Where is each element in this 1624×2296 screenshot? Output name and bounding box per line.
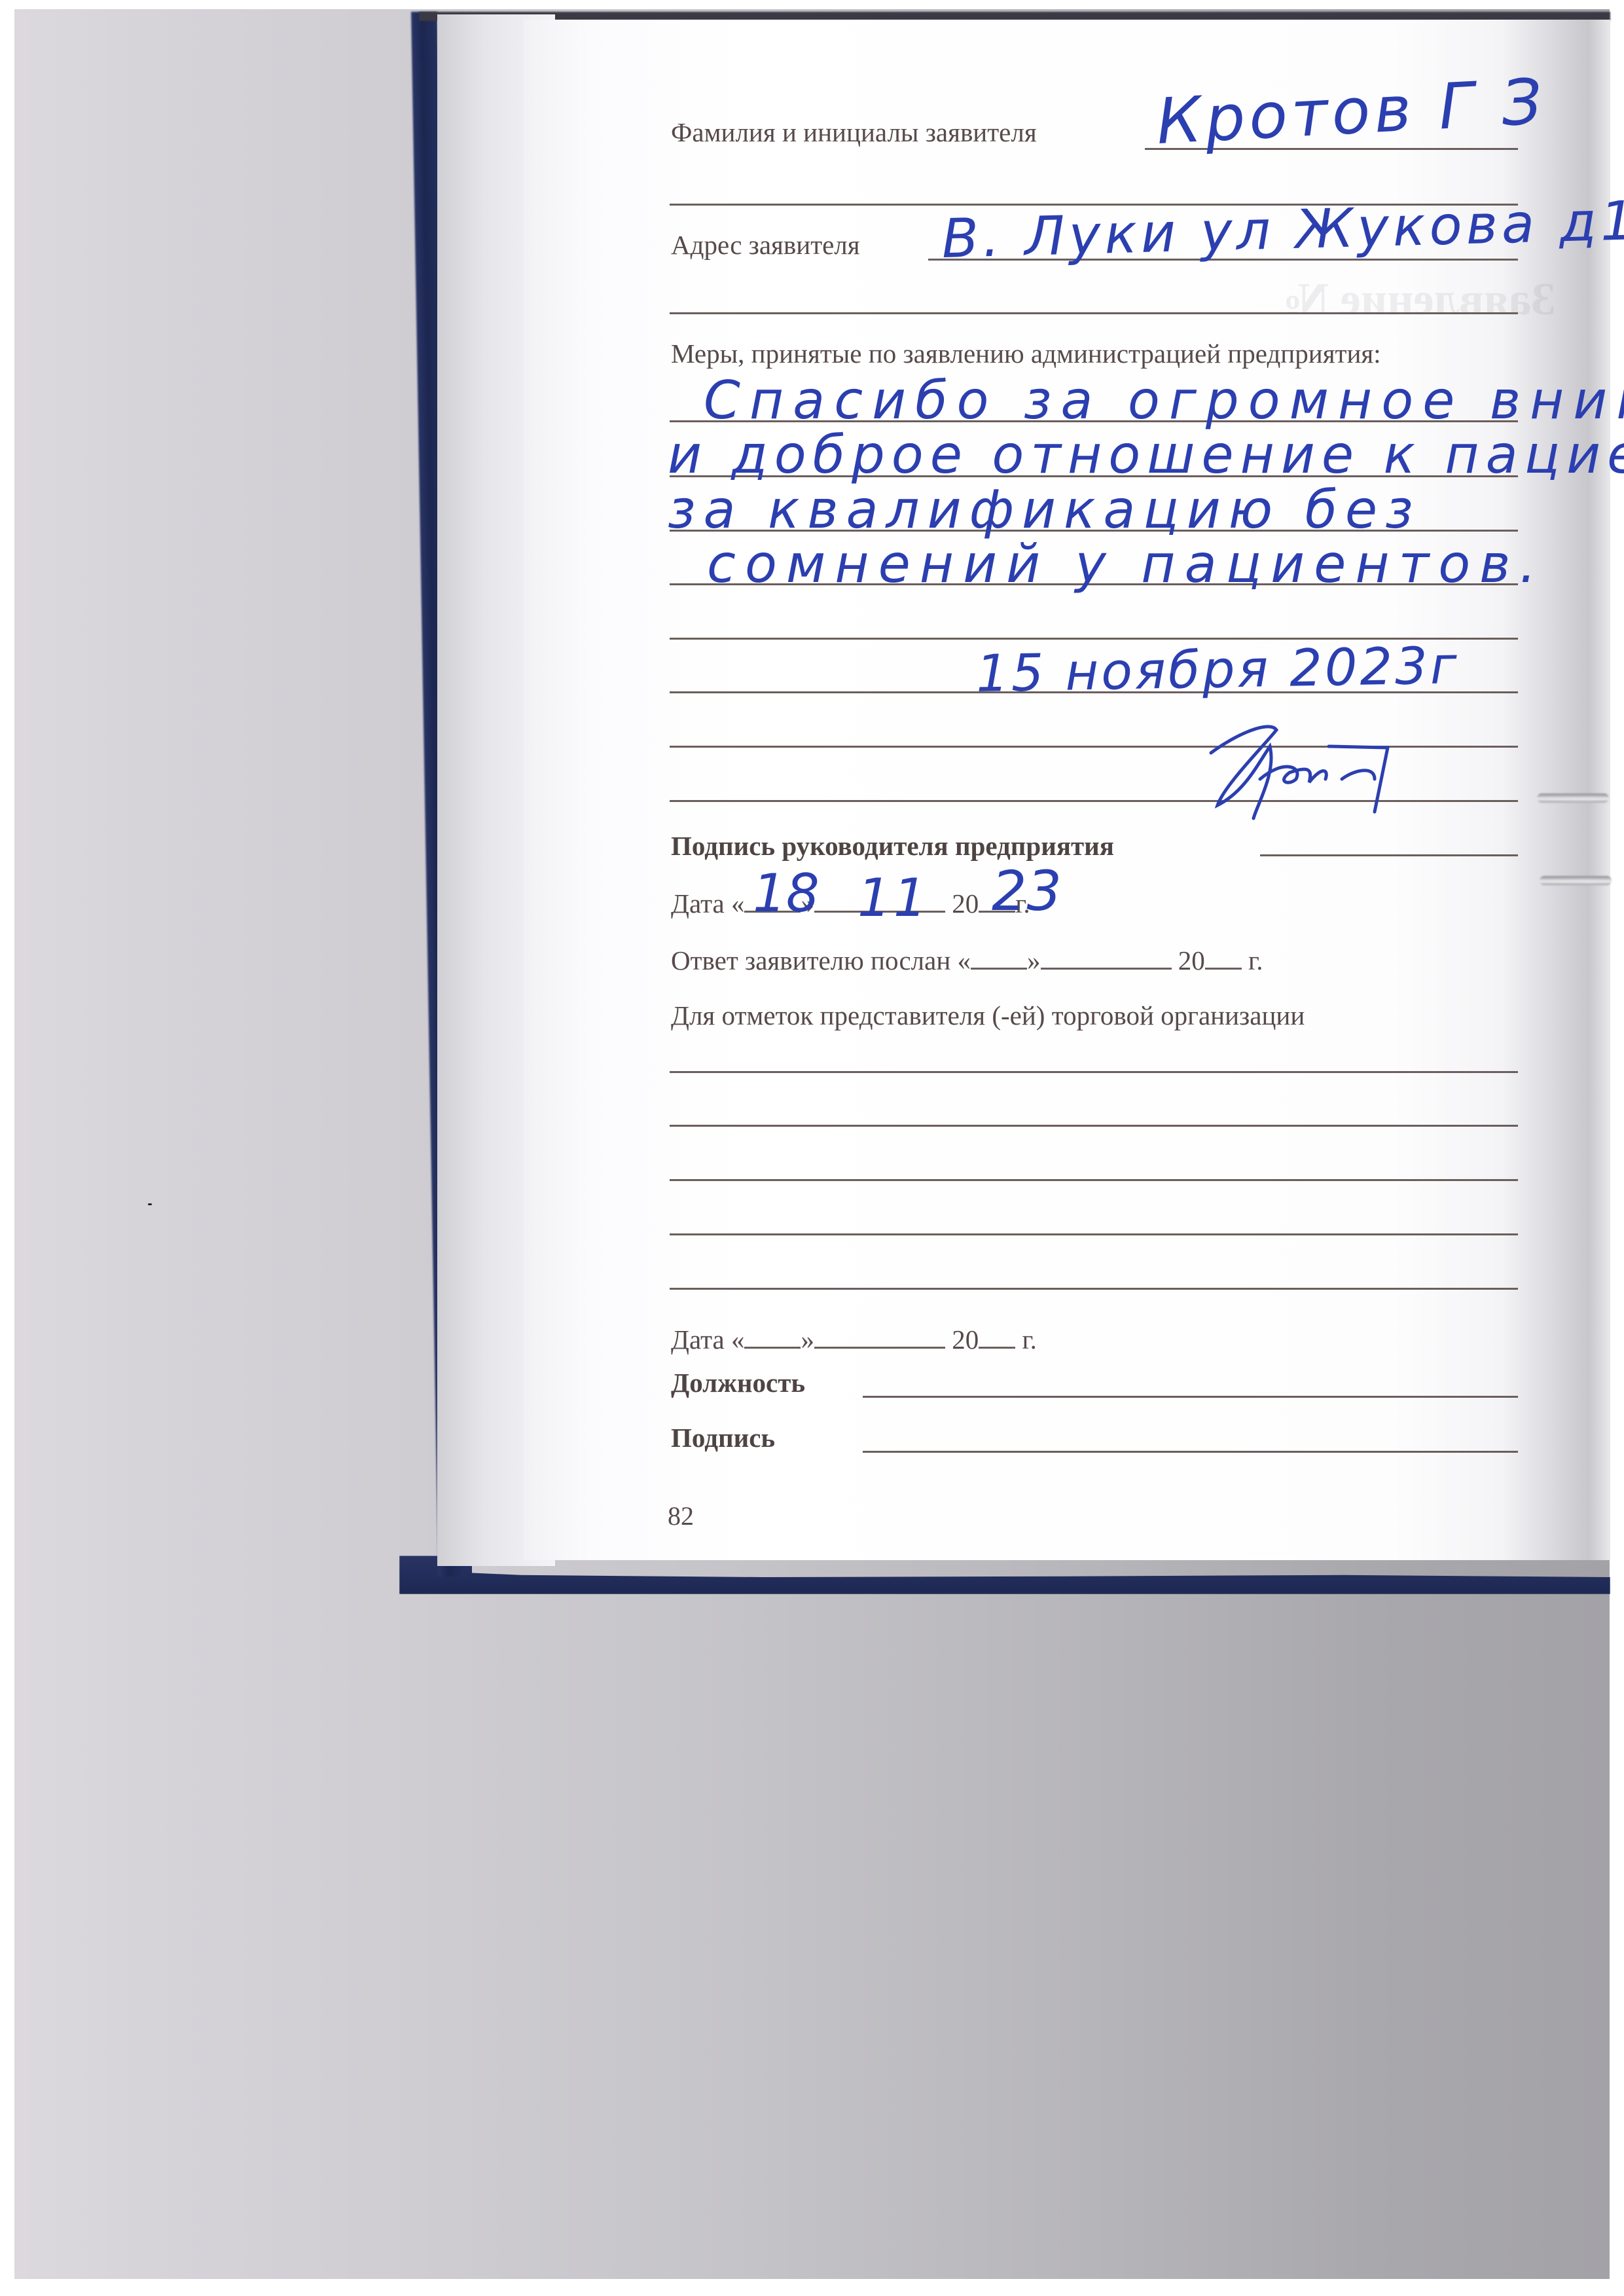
reply-year-prefix: 20 (1178, 945, 1205, 975)
trade-date-year-prefix: 20 (952, 1324, 979, 1355)
applicant-address-field-line2[interactable] (670, 312, 1518, 314)
measures-handwritten-line: Спасибо за огромное внимание (704, 370, 1624, 431)
position-label: Должность (671, 1370, 805, 1396)
trade-signature-label: Подпись (671, 1425, 775, 1451)
binding-stitch (1537, 793, 1609, 803)
trade-org-line[interactable] (670, 1179, 1518, 1181)
dust-speck (148, 1203, 152, 1205)
trade-org-label: Для отметок представителя (-ей) торговой… (671, 1002, 1305, 1029)
date-label: Дата « (671, 888, 744, 919)
trade-org-line[interactable] (670, 1071, 1518, 1073)
trade-org-line[interactable] (670, 1288, 1518, 1290)
trade-org-date-row: Дата «» 20 г. (671, 1326, 1037, 1353)
applicant-address-label: Адрес заявителя (671, 232, 860, 259)
binding-stitch (1540, 876, 1612, 885)
position-field[interactable] (863, 1396, 1518, 1398)
trade-date-suffix: г. (1022, 1324, 1036, 1355)
measures-handwritten-date: 15 ноября 2023г (975, 636, 1460, 704)
date-day-handwritten: 18 (753, 863, 820, 924)
reply-label: Ответ заявителю послан « (671, 945, 971, 975)
date-year-handwritten: 23 (992, 859, 1062, 923)
reply-close-quote: » (1027, 945, 1041, 975)
page-number: 82 (668, 1501, 694, 1531)
reply-day-field[interactable] (971, 968, 1027, 970)
reply-suffix: г. (1248, 945, 1263, 975)
trade-date-month-field[interactable] (814, 1347, 945, 1349)
manager-signature-label: Подпись руководителя предприятия (671, 833, 1114, 860)
measures-handwritten-line: за квалификацию без (668, 479, 1421, 540)
reply-year-field[interactable] (1205, 968, 1242, 970)
trade-date-label: Дата « (671, 1324, 744, 1355)
manager-date-row: Дата «» 20г. (671, 890, 1030, 917)
trade-date-year-field[interactable] (979, 1347, 1015, 1349)
date-month-handwritten: 11 (857, 867, 929, 928)
manager-signature-field[interactable] (1260, 854, 1518, 856)
show-through-text: Заявление № (1283, 274, 1556, 326)
reply-month-field[interactable] (1041, 968, 1172, 970)
applicant-name-label: Фамилия и инициалы заявителя (671, 119, 1037, 146)
trade-date-day-field[interactable] (744, 1347, 801, 1349)
date-year-prefix: 20 (952, 888, 979, 919)
trade-org-line[interactable] (670, 1125, 1518, 1127)
trade-org-line[interactable] (670, 1233, 1518, 1235)
manager-signature-scribble (1198, 707, 1394, 825)
trade-signature-field[interactable] (863, 1451, 1518, 1453)
trade-date-close-quote: » (801, 1324, 814, 1355)
measures-label: Меры, принятые по заявлению администраци… (671, 340, 1381, 367)
measures-handwritten-line: и доброе отношение к пациенту, (668, 424, 1624, 485)
measures-handwritten-line: сомнений у пациентов. (707, 534, 1545, 594)
reply-sent-row: Ответ заявителю послан «» 20 г. (671, 947, 1263, 974)
